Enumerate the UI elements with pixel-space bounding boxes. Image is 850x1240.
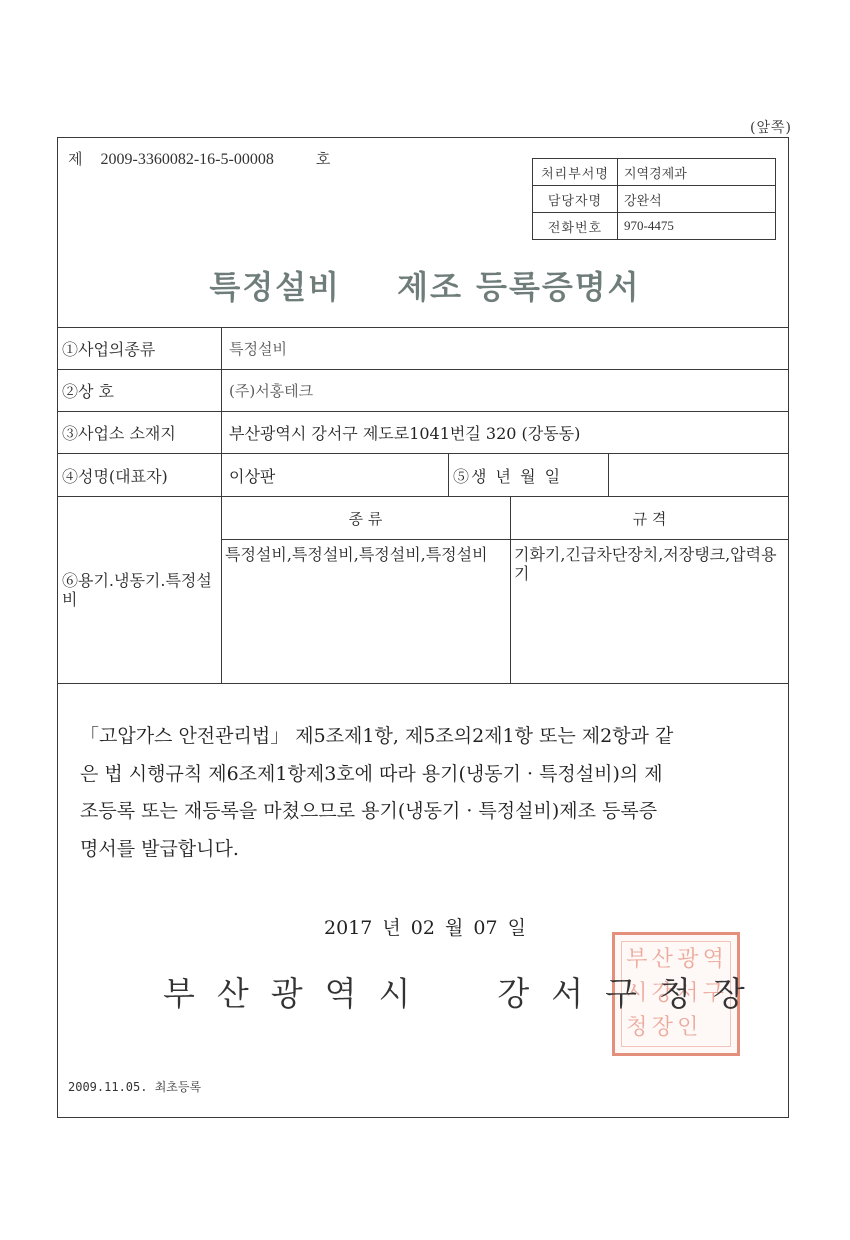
location-value: 부산광역시 강서구 제도로1041번길 320 (강동동): [229, 412, 580, 453]
grid-line: [57, 683, 789, 684]
representative-label: ④성명(대표자): [62, 454, 168, 496]
statement-line: 명서를 발급합니다.: [80, 831, 780, 869]
office-info-row: 전화번호 970-4475: [533, 213, 776, 240]
birth-date-label: ⑤생 년 월 일: [453, 454, 562, 496]
equipment-label: ⑥용기.냉동기.특정설비: [62, 571, 217, 609]
first-registration-note: 2009.11.05. 최초등록: [68, 1078, 201, 1095]
document-number: 제2009-3360082-16-5-00008호: [68, 148, 330, 169]
business-type-value: 특정설비: [229, 328, 287, 369]
page-title: 특정설비제조 등록증명서: [0, 262, 850, 308]
title-part-2: 제조 등록증명서: [397, 268, 641, 306]
issuer-name: 부산광역시 강서구청장: [163, 968, 767, 1015]
page-side-label: (앞쪽): [750, 117, 792, 137]
office-info-value: 강완석: [618, 186, 776, 213]
grid-line: [221, 539, 789, 540]
grid-line: [448, 453, 449, 496]
office-info-label: 전화번호: [533, 213, 618, 240]
equipment-spec-value: 기화기,긴급차단장치,저장탱크,압력용기: [514, 545, 786, 583]
equipment-type-header: 종 류: [221, 497, 510, 539]
grid-line: [57, 327, 789, 328]
business-type-label: ①사업의종류: [62, 328, 155, 369]
location-label: ③사업소 소재지: [62, 412, 176, 453]
statement-line: 은 법 시행규칙 제6조제1항제3호에 따라 용기(냉동기 · 특정설비)의 제: [80, 756, 780, 794]
office-info-value: 970-4475: [618, 213, 776, 240]
document-number-value: 2009-3360082-16-5-00008: [101, 151, 274, 168]
representative-value: 이상판: [229, 454, 275, 496]
title-part-1: 특정설비: [209, 268, 341, 306]
office-info-row: 담당자명 강완석: [533, 186, 776, 213]
statement-line: 「고압가스 안전관리법」 제5조제1항, 제5조의2제1항 또는 제2항과 같: [80, 718, 780, 756]
office-info-value: 지역경제과: [618, 159, 776, 186]
office-info-label: 담당자명: [533, 186, 618, 213]
company-name-label: ②상 호: [62, 370, 114, 411]
company-name-value: (주)서홍테크: [229, 370, 313, 411]
statement-line: 조등록 또는 재등록을 마쳤으므로 용기(냉동기 · 특정설비)제조 등록증: [80, 793, 780, 831]
office-info-label: 처리부서명: [533, 159, 618, 186]
grid-line: [57, 369, 789, 370]
grid-line: [608, 453, 609, 496]
certification-statement: 「고압가스 안전관리법」 제5조제1항, 제5조의2제1항 또는 제2항과 같 …: [80, 718, 780, 868]
office-info-row: 처리부서명 지역경제과: [533, 159, 776, 186]
equipment-spec-header: 규 격: [510, 497, 789, 539]
document-number-suffix: 호: [316, 150, 331, 168]
equipment-type-value: 특정설비,특정설비,특정설비,특정설비: [225, 545, 507, 564]
document-number-prefix: 제: [68, 150, 83, 168]
office-info-table: 처리부서명 지역경제과 담당자명 강완석 전화번호 970-4475: [532, 158, 776, 240]
